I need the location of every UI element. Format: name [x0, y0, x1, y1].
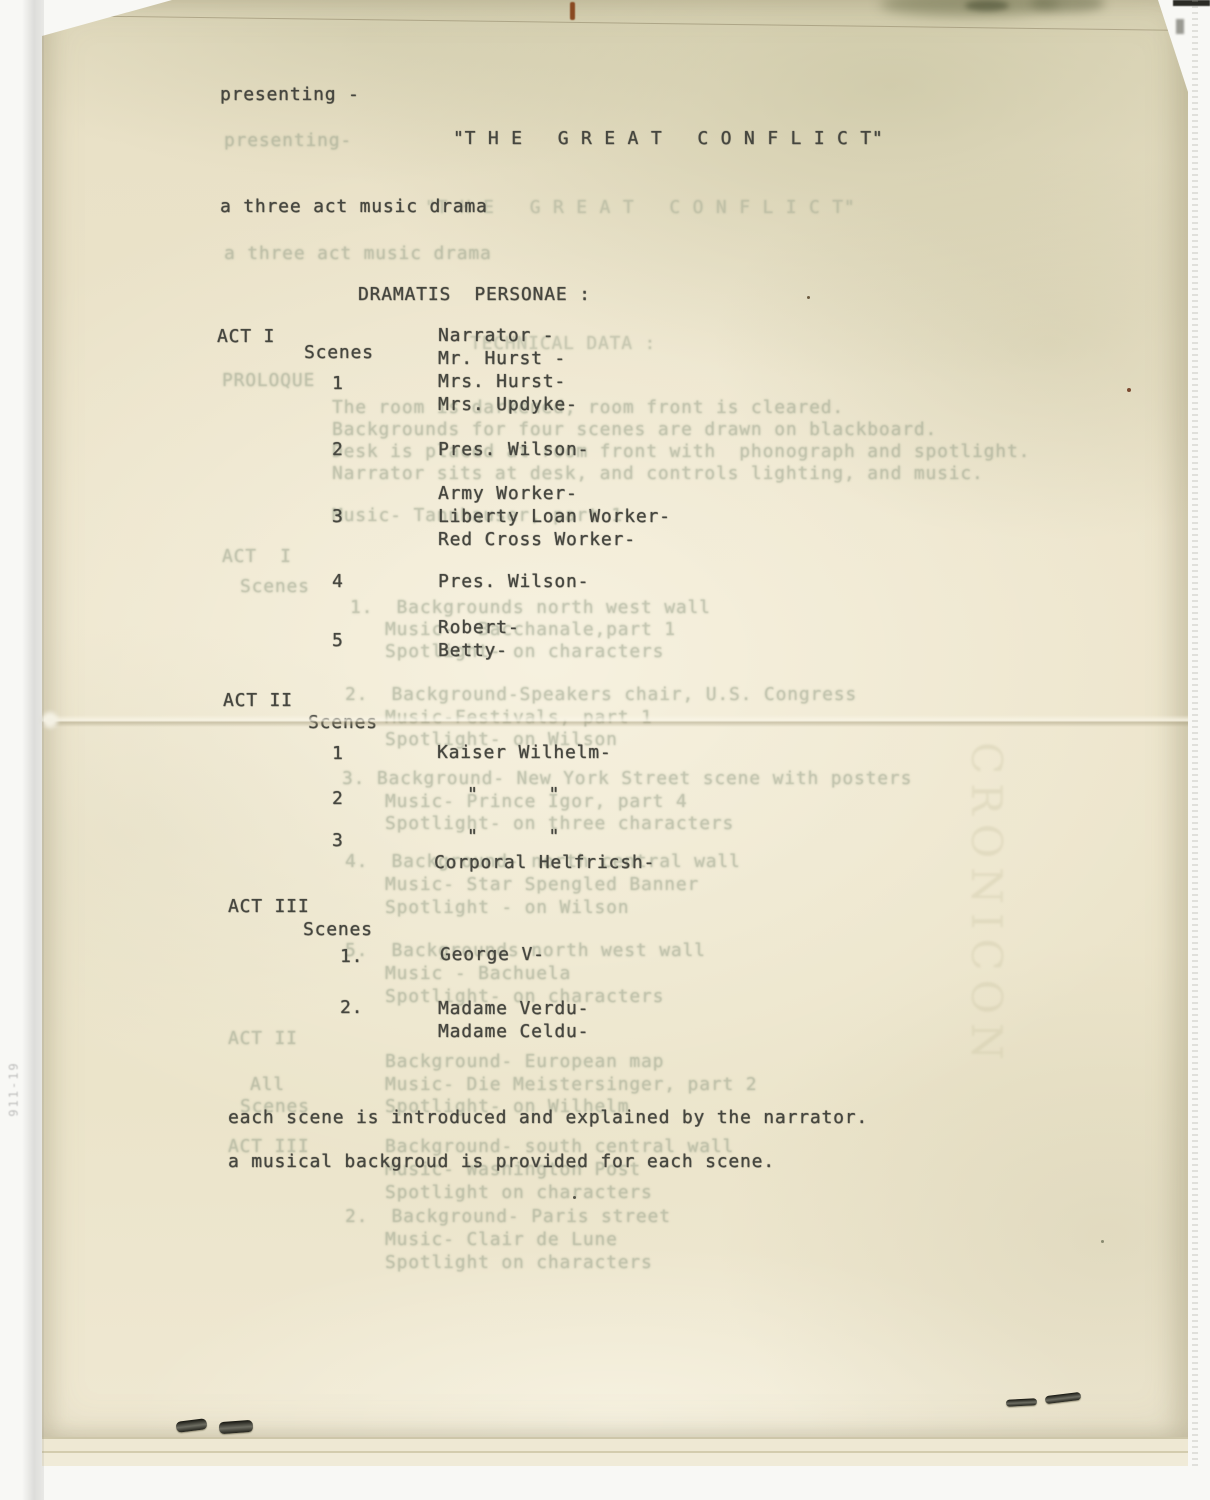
typed-line: 5 — [332, 630, 344, 652]
typed-line: Pres. Wilson- — [438, 439, 589, 461]
typed-line: 4 — [332, 571, 344, 593]
typed-line: Liberty Loan Worker- — [438, 506, 671, 528]
typed-line: Robert- — [438, 617, 519, 639]
typed-line: Army Worker- — [438, 483, 578, 505]
top-right-gray-streak — [1176, 19, 1184, 34]
typed-line: 2 — [332, 439, 344, 461]
typed-line: ACT I — [217, 326, 275, 348]
typed-line: Mrs. Updyke- — [438, 394, 578, 416]
typed-line: each scene is introduced and explained b… — [228, 1107, 868, 1129]
typed-line: 1 — [332, 743, 344, 765]
page-stack-band — [42, 1439, 1188, 1451]
typed-line: 1 — [332, 373, 344, 395]
typed-line: Kaiser Wilhelm- — [437, 742, 612, 764]
typed-line: Scenes — [303, 919, 373, 941]
typed-line: 3 — [332, 506, 344, 528]
ink-smudge — [965, 0, 1009, 11]
typed-line: George V- — [440, 944, 545, 966]
typed-line: DRAMATIS PERSONAE : — [358, 284, 591, 306]
typed-line: a three act music drama — [220, 196, 488, 218]
typed-line: Pres. Wilson- — [438, 571, 589, 593]
typed-line: ACT II — [223, 690, 293, 712]
typed-line: Madame Celdu- — [438, 1021, 589, 1043]
typed-line: ACT III — [228, 896, 309, 918]
typed-line: " " — [467, 826, 560, 848]
scanner-left-margin — [22, 0, 44, 1500]
horizontal-fold-crease — [42, 715, 1188, 727]
typed-line: "T H E G R E A T C O N F L I C T" — [453, 128, 884, 150]
typed-line: Mr. Hurst - — [438, 348, 566, 370]
paper-speck — [1127, 388, 1131, 392]
paper-speck — [807, 296, 810, 299]
typed-line: presenting - — [220, 84, 360, 106]
paper-speck — [1101, 1240, 1104, 1243]
page-stack-band — [42, 1453, 1188, 1466]
typed-line: 2 — [332, 788, 344, 810]
typed-line: 3 — [332, 830, 344, 852]
typed-line: a musical backgroud is provided for each… — [228, 1151, 775, 1173]
rust-mark — [570, 2, 575, 20]
typed-line: " " — [467, 784, 560, 806]
paper-right-edge-texture — [1192, 0, 1198, 1468]
typed-line: Scenes — [304, 342, 374, 364]
scanned-document: { "colors": { "paper": "#eae2c8", "typed… — [0, 0, 1210, 1500]
typed-line: 2. — [340, 997, 363, 1019]
typed-line: Corporal Helfricsh- — [434, 852, 655, 874]
typed-line: Madame Verdu- — [438, 998, 589, 1020]
crease-edge-notch — [42, 712, 58, 728]
typed-line: Narrator - — [438, 325, 554, 347]
typed-line: Red Cross Worker- — [438, 529, 636, 551]
staple-bottom-left — [219, 1420, 254, 1434]
typed-text-layer: presenting -"T H E G R E A T C O N F L I… — [0, 0, 1210, 1500]
typed-line: Betty- — [438, 640, 508, 662]
typed-line: 1. — [340, 946, 363, 968]
typed-line: Mrs. Hurst- — [438, 371, 566, 393]
paper-speck — [573, 1196, 576, 1199]
